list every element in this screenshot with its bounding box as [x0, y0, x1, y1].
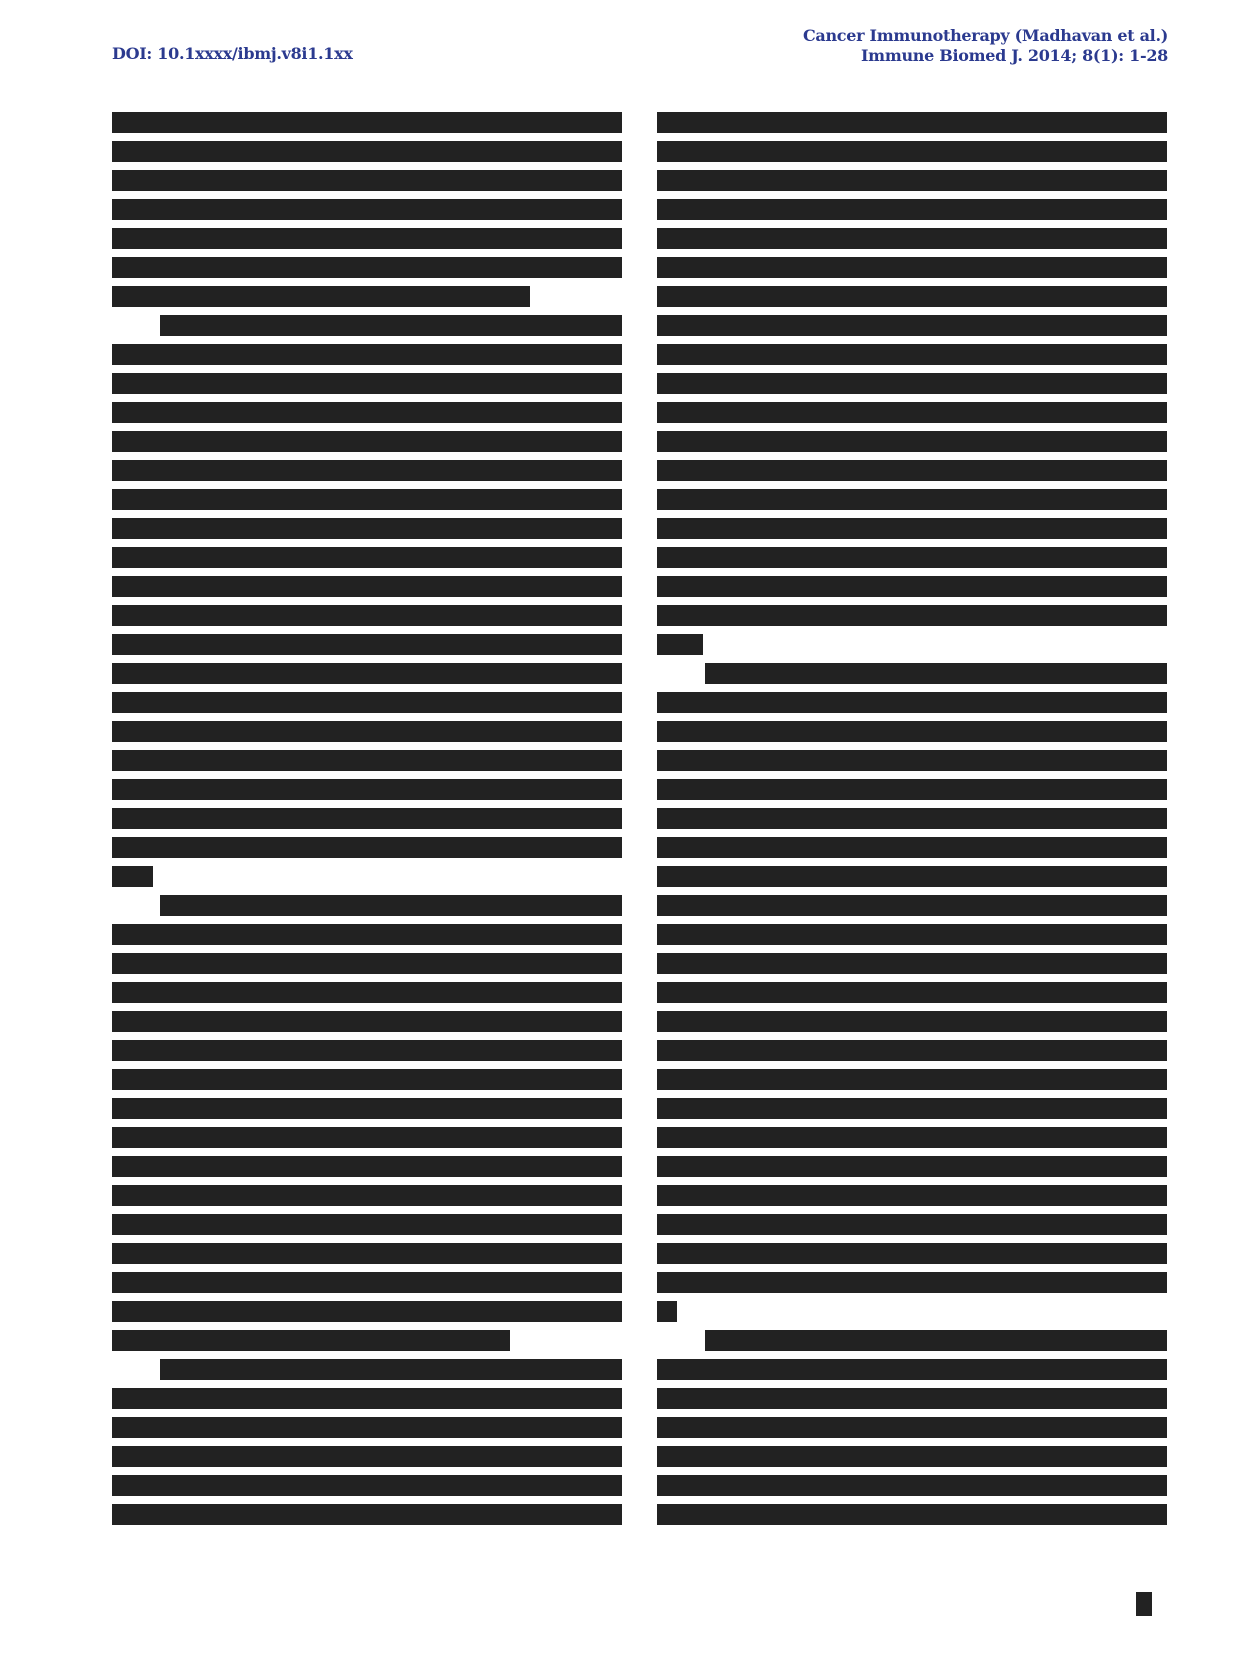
text-line: [657, 1069, 1167, 1090]
text-line: [112, 866, 153, 887]
text-line: [705, 1330, 1167, 1351]
text-line: [112, 663, 622, 684]
text-line: [112, 1185, 622, 1206]
text-line: [657, 373, 1167, 394]
text-line: [657, 721, 1167, 742]
text-line: [657, 1272, 1167, 1293]
text-line: [112, 547, 622, 568]
text-line: [112, 228, 622, 249]
text-line: [112, 344, 622, 365]
text-line: [657, 1214, 1167, 1235]
text-line: [657, 170, 1167, 191]
text-line: [657, 924, 1167, 945]
text-line: [160, 895, 622, 916]
doi-header[interactable]: DOI: 10.1xxxx/ibmj.v8i1.1xx: [112, 44, 353, 64]
text-line: [112, 1388, 622, 1409]
text-line: [112, 808, 622, 829]
text-line: [657, 1011, 1167, 1032]
text-line: [657, 779, 1167, 800]
text-line: [112, 1446, 622, 1467]
text-line: [657, 1417, 1167, 1438]
left-text-column: [112, 112, 622, 1533]
text-line: [657, 692, 1167, 713]
text-line: [112, 1069, 622, 1090]
text-line: [657, 199, 1167, 220]
text-line: [657, 141, 1167, 162]
journal-citation: Immune Biomed J. 2014; 8(1): 1-28: [803, 46, 1168, 66]
text-line: [112, 779, 622, 800]
text-line: [112, 1156, 622, 1177]
text-line: [112, 1127, 622, 1148]
text-line: [112, 692, 622, 713]
text-line: [112, 112, 622, 133]
text-line: [112, 1417, 622, 1438]
text-line: [657, 634, 703, 655]
text-line: [657, 286, 1167, 307]
text-line: [657, 431, 1167, 452]
text-line: [657, 518, 1167, 539]
journal-article-short-title: Cancer Immunotherapy (Madhavan et al.): [803, 26, 1168, 46]
text-line: [112, 199, 622, 220]
text-line: [657, 1156, 1167, 1177]
text-line: [160, 1359, 622, 1380]
text-line: [112, 431, 622, 452]
text-line: [657, 315, 1167, 336]
text-line: [160, 315, 622, 336]
text-line: [657, 605, 1167, 626]
text-line: [657, 1301, 677, 1322]
text-line: [657, 837, 1167, 858]
text-line: [657, 547, 1167, 568]
text-line: [112, 837, 622, 858]
text-line: [112, 953, 622, 974]
text-line: [657, 866, 1167, 887]
text-line: [657, 953, 1167, 974]
text-line: [112, 1330, 510, 1351]
text-line: [657, 750, 1167, 771]
text-line: [112, 518, 622, 539]
text-line: [657, 344, 1167, 365]
text-line: [657, 1185, 1167, 1206]
text-line: [657, 1098, 1167, 1119]
text-line: [657, 1504, 1167, 1525]
text-line: [705, 663, 1167, 684]
text-line: [112, 460, 622, 481]
text-line: [657, 1475, 1167, 1496]
text-line: [112, 402, 622, 423]
text-line: [112, 1504, 622, 1525]
text-line: [112, 257, 622, 278]
text-line: [657, 1127, 1167, 1148]
text-line: [657, 257, 1167, 278]
text-line: [657, 402, 1167, 423]
text-line: [657, 808, 1167, 829]
text-line: [657, 1359, 1167, 1380]
text-line: [657, 112, 1167, 133]
text-line: [112, 286, 530, 307]
text-line: [112, 1301, 622, 1322]
text-line: [112, 1475, 622, 1496]
text-line: [657, 1243, 1167, 1264]
text-line: [112, 1214, 622, 1235]
page-number: 1: [1136, 1592, 1152, 1616]
text-line: [112, 489, 622, 510]
text-line: [657, 460, 1167, 481]
right-text-column: [657, 112, 1167, 1533]
text-line: [112, 721, 622, 742]
text-line: [112, 1040, 622, 1061]
text-line: [112, 373, 622, 394]
text-line: [112, 634, 622, 655]
text-line: [112, 1098, 622, 1119]
text-line: [112, 141, 622, 162]
text-line: [112, 1272, 622, 1293]
text-line: [657, 576, 1167, 597]
text-line: [657, 489, 1167, 510]
text-line: [112, 924, 622, 945]
text-line: [657, 1040, 1167, 1061]
text-line: [657, 1446, 1167, 1467]
text-line: [112, 576, 622, 597]
text-line: [657, 895, 1167, 916]
journal-header: Cancer Immunotherapy (Madhavan et al.) I…: [803, 26, 1168, 66]
text-line: [112, 170, 622, 191]
text-line: [112, 1243, 622, 1264]
text-line: [112, 750, 622, 771]
text-line: [657, 228, 1167, 249]
text-line: [657, 1388, 1167, 1409]
text-line: [112, 982, 622, 1003]
text-line: [112, 1011, 622, 1032]
text-line: [657, 982, 1167, 1003]
text-line: [112, 605, 622, 626]
